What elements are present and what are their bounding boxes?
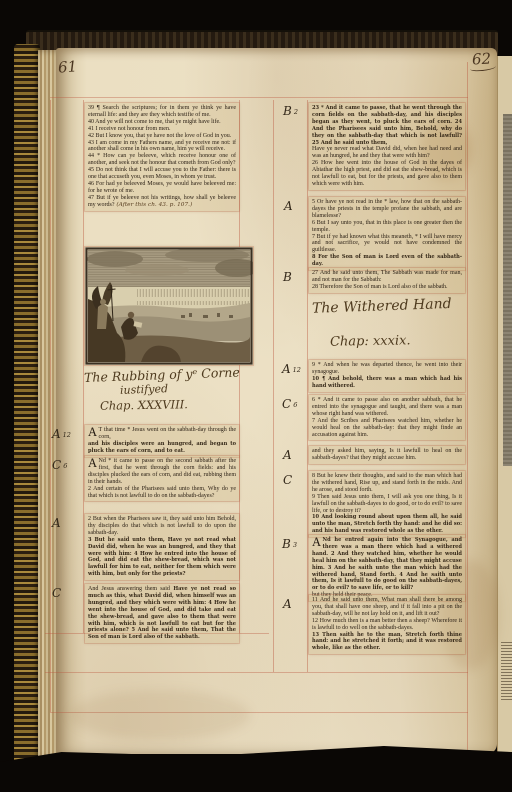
verse-block: 6 * And it came to passe also on another… xyxy=(309,395,465,440)
handwritten-title-chapter-38-line2: iustifyed xyxy=(120,382,168,397)
handwritten-cross-reference: (After this ch. 43. p. 107.) xyxy=(115,202,193,208)
verse-block: 8 But he knew their thoughts, and said t… xyxy=(309,471,465,537)
next-page-engraving-fragment xyxy=(503,114,512,466)
verse-text: Nd * it came to passe on the second sabb… xyxy=(88,458,236,499)
verse-text-small: 10 And looking round about upon them all… xyxy=(312,514,462,534)
verse-text-small: Have ye not read so much as this, what D… xyxy=(88,586,236,640)
margin-letter: A xyxy=(284,199,293,213)
verse-text: 9 * And when he was departed thence, he … xyxy=(312,362,462,375)
verse-text: And Jesus answering them said xyxy=(88,586,170,592)
verse-block-john-5: 39 ¶ Search the scriptures; for in them … xyxy=(85,103,239,211)
margin-letter: C xyxy=(52,586,61,600)
drop-cap: A xyxy=(88,458,99,469)
next-page-text-fragment xyxy=(501,642,512,700)
verse-text-small: 8 For the Son of man is Lord even of the… xyxy=(312,254,462,267)
verse-text: 6 * And it came to passe also on another… xyxy=(312,397,462,438)
verse-text-small: 3 But he said unto them, Have ye not rea… xyxy=(88,537,236,578)
margin-letter: B3 xyxy=(282,537,297,551)
engraving-angel-vision xyxy=(85,247,253,365)
margin-letter: A xyxy=(283,597,292,611)
handwritten-chapter-number-38: Chap. XXXVIII. xyxy=(100,397,188,413)
rule-line xyxy=(83,100,84,633)
drop-cap: A xyxy=(312,537,323,548)
rule-line xyxy=(273,100,274,672)
verse-text: 5 Or have ye not read in the * law, how … xyxy=(312,199,462,253)
verse-block: ANd he entred again into the Synagogue, … xyxy=(309,535,465,601)
margin-letter: C xyxy=(283,473,292,487)
verse-block: ANd * it came to passe on the second sab… xyxy=(85,456,239,501)
margin-letter: A xyxy=(283,448,292,462)
verse-block: And Jesus answering them said Have ye no… xyxy=(85,584,239,643)
verse-text: and they asked him, saying, Is it lawful… xyxy=(312,448,462,461)
rule-line xyxy=(307,100,308,672)
margin-letter: C6 xyxy=(282,397,297,411)
rule-line xyxy=(467,62,468,758)
handwritten-chapter-number-39: Chap: xxxix. xyxy=(330,333,411,349)
verse-block: 2 But when the Pharisees saw it, they sa… xyxy=(85,514,239,580)
rule-line xyxy=(50,100,51,712)
verse-text: 11 And he said unto them, What man shall… xyxy=(312,597,462,631)
margin-letter: A xyxy=(52,516,61,530)
verse-block: 23 * And it came to passe, that he went … xyxy=(309,103,465,190)
margin-letter: A12 xyxy=(282,362,301,376)
verse-text: 27 And he said unto them, The Sabbath wa… xyxy=(312,270,462,290)
rule-line xyxy=(45,672,468,673)
next-page-sliver xyxy=(497,56,512,768)
margin-letter: B2 xyxy=(283,104,298,118)
engraving-image xyxy=(85,247,253,365)
verse-block: 5 Or have ye not read in the * law, how … xyxy=(309,197,465,270)
verse-block: 9 * And when he was departed thence, he … xyxy=(309,360,465,392)
verse-block: AT that time * Jesus went on the sabbath… xyxy=(85,425,239,457)
verse-text: Have ye never read what David did, when … xyxy=(312,146,462,187)
verse-block: 11 And he said unto them, What man shall… xyxy=(309,595,465,654)
verse-text-small: 23 * And it came to passe, that he went … xyxy=(312,105,462,146)
verse-text-small: and his disciples were an hungred, and b… xyxy=(88,441,236,454)
rule-line xyxy=(50,712,468,713)
verse-text: 2 But when the Pharisees saw it, they sa… xyxy=(88,516,236,536)
drop-cap: A xyxy=(88,427,99,438)
gilt-tooled-binding-edge xyxy=(14,44,40,766)
photographed-book-page: 61 62 39 ¶ Search the scriptures; for in… xyxy=(0,0,512,792)
verse-text-small: 13 Then saith he to the man, Stretch for… xyxy=(312,632,462,652)
verse-block: and they asked him, saying, Is it lawful… xyxy=(309,446,465,464)
margin-letter: C6 xyxy=(52,458,67,472)
verse-block: 27 And he said unto them, The Sabbath wa… xyxy=(309,268,465,293)
folio-number-left: 61 xyxy=(57,57,77,76)
verse-text: 39 ¶ Search the scriptures; for in them … xyxy=(88,105,236,208)
margin-letter: A12 xyxy=(52,427,71,441)
verse-text: 8 But he knew their thoughts, and said t… xyxy=(312,473,462,514)
rule-line xyxy=(50,97,468,98)
verse-text-small: 10 ¶ And behold, there was a man which h… xyxy=(312,376,462,389)
margin-letter: B xyxy=(283,270,292,284)
verse-text-small: Nd he entred again into the Synagogue, a… xyxy=(312,537,462,591)
verse-text: T that time * Jesus went on the sabbath-… xyxy=(99,427,236,440)
